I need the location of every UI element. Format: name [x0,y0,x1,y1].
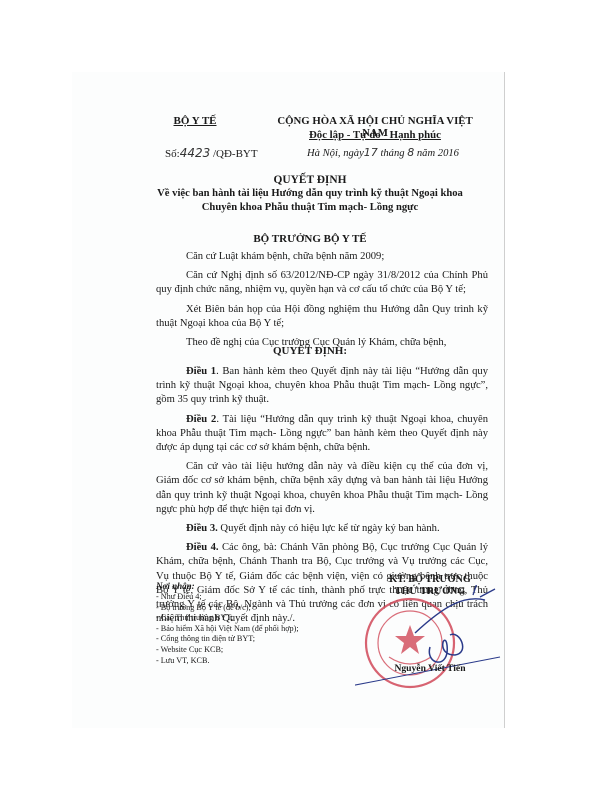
decision-heading: QUYẾT ĐỊNH: [120,345,500,357]
recipients: Nơi nhận: - Như Điều 4; - Bộ trưởng Bộ Y… [156,581,326,666]
date-day: 17 [364,146,378,159]
document-date: Hà Nội, ngày17 tháng 8 năm 2016 [307,146,459,159]
signature-title-line2: THỨ TRƯỞNG [375,586,485,597]
recipients-label: Nơi nhận: [156,581,326,592]
article-2-detail: Căn cứ vào tài liệu hướng dẫn này và điề… [156,460,488,517]
official-stamp-icon [355,585,505,695]
recipient-item: - Website Cục KCB; [156,645,326,656]
number-handwritten: 4423 [180,146,211,160]
preamble-item: Xét Biên bản họp của Hội đồng nghiệm thu… [156,303,488,331]
decision-subject-line1: Về việc ban hành tài liệu Hướng dẫn quy … [120,188,500,199]
decision-title: QUYẾT ĐỊNH [120,174,500,186]
number-prefix: Số: [165,148,180,160]
number-suffix: /QĐ-BYT [210,148,257,160]
article-3: Điều 3. Quyết định này có hiệu lực kể từ… [156,522,488,536]
motto: Độc lập - Tự do - Hạnh phúc [270,129,480,141]
decision-subject-line2: Chuyên khoa Phẫu thuật Tim mạch- Lồng ng… [120,202,500,213]
recipient-item: - Bộ trưởng Bộ Y tế (để b/c); [156,603,326,614]
recipient-item: - Lưu VT, KCB. [156,656,326,667]
ministry-name: BỘ Y TẾ [160,115,230,127]
authority-heading: BỘ TRƯỞNG BỘ Y TẾ [120,233,500,245]
article-1: Điều 1. Ban hành kèm theo Quyết định này… [156,365,488,408]
recipient-item: - Bảo hiểm Xã hội Việt Nam (để phối hợp)… [156,624,326,635]
recipient-item: - Như Điều 4; [156,592,326,603]
preamble-item: Căn cứ Nghị định số 63/2012/NĐ-CP ngày 3… [156,269,488,297]
recipient-item: - Cổng thông tin điện tử BYT; [156,634,326,645]
article-2: Điều 2. Tài liệu “Hướng dẫn quy trình kỹ… [156,413,488,456]
document-number: Số:4423 /QĐ-BYT [165,146,258,160]
signature-title-line1: KT. BỘ TRƯỞNG [375,574,485,585]
recipient-item: - Các Thứ trưởng BYT; [156,613,326,624]
signer-name: Nguyễn Viết Tiến [375,663,485,674]
preamble: Căn cứ Luật khám bệnh, chữa bệnh năm 200… [156,250,488,350]
preamble-item: Căn cứ Luật khám bệnh, chữa bệnh năm 200… [156,250,488,264]
